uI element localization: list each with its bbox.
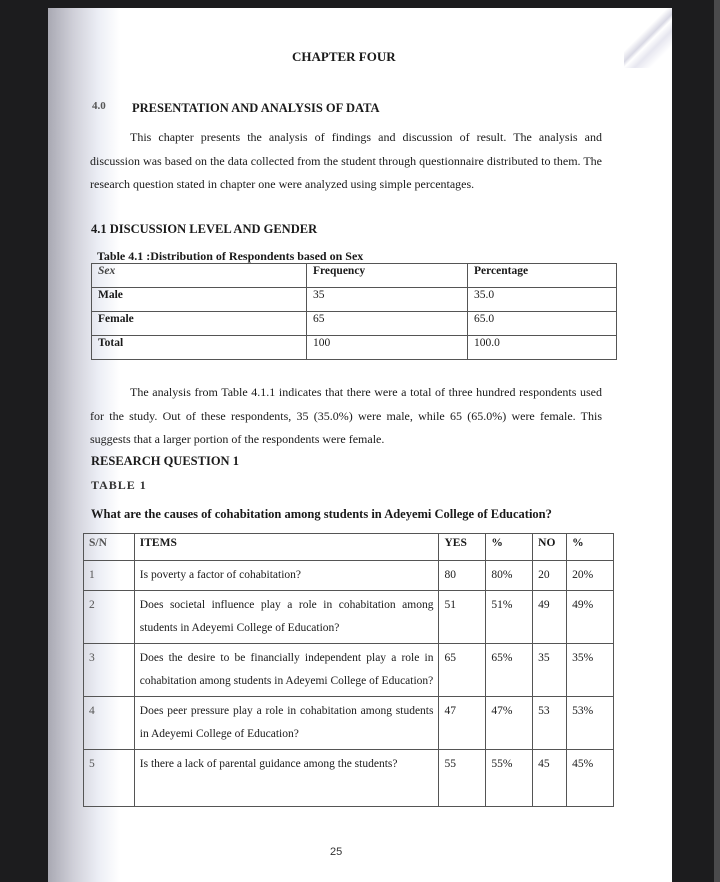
cell-frequency: 100 [307, 336, 468, 360]
cell-no-percent: 20% [567, 561, 614, 591]
header-yes: YES [439, 534, 486, 561]
cell-percentage: 65.0 [468, 312, 617, 336]
cell-item: Does the desire to be financially indepe… [134, 644, 439, 697]
cell-yes-percent: 47% [486, 697, 533, 750]
cell-yes: 47 [439, 697, 486, 750]
cell-no-percent: 35% [567, 644, 614, 697]
cell-sex: Female [92, 312, 307, 336]
section-number: 4.0 [92, 100, 106, 112]
cell-yes-percent: 55% [486, 750, 533, 807]
table-label: TABLE 1 [91, 478, 147, 493]
table-header-row: S/N ITEMS YES % NO % [84, 534, 614, 561]
header-percentage: Percentage [468, 264, 617, 288]
page-curl [624, 8, 672, 68]
cell-item: Is there a lack of parental guidance amo… [134, 750, 439, 807]
cell-sn: 5 [84, 750, 135, 807]
intro-paragraph: This chapter presents the analysis of fi… [90, 126, 602, 197]
header-items: ITEMS [134, 534, 439, 561]
table-row: Female 65 65.0 [92, 312, 617, 336]
table-row: 3 Does the desire to be financially inde… [84, 644, 614, 697]
sex-distribution-table: Sex Frequency Percentage Male 35 35.0 Fe… [91, 263, 617, 360]
cell-sex: Total [92, 336, 307, 360]
causes-table: S/N ITEMS YES % NO % 1 Is poverty a fact… [83, 533, 614, 807]
cell-sn: 2 [84, 591, 135, 644]
cell-yes: 80 [439, 561, 486, 591]
chapter-title: CHAPTER FOUR [292, 49, 396, 65]
document-page: CHAPTER FOUR 4.0 PRESENTATION AND ANALYS… [48, 8, 672, 882]
cell-frequency: 35 [307, 288, 468, 312]
cell-yes-percent: 65% [486, 644, 533, 697]
header-yes-percent: % [486, 534, 533, 561]
cell-item: Does peer pressure play a role in cohabi… [134, 697, 439, 750]
table1-caption: Table 4.1 :Distribution of Respondents b… [97, 249, 363, 264]
cell-yes: 51 [439, 591, 486, 644]
cell-yes-percent: 80% [486, 561, 533, 591]
cell-sn: 3 [84, 644, 135, 697]
analysis-paragraph: The analysis from Table 4.1.1 indicates … [90, 381, 602, 452]
header-no: NO [533, 534, 567, 561]
header-frequency: Frequency [307, 264, 468, 288]
table-row: 2 Does societal influence play a role in… [84, 591, 614, 644]
question-title: What are the causes of cohabitation amon… [91, 507, 552, 522]
cell-no: 49 [533, 591, 567, 644]
section-title: PRESENTATION AND ANALYSIS OF DATA [132, 101, 380, 116]
cell-item: Is poverty a factor of cohabitation? [134, 561, 439, 591]
header-sn: S/N [84, 534, 135, 561]
table-row: 4 Does peer pressure play a role in coha… [84, 697, 614, 750]
subsection-title: 4.1 DISCUSSION LEVEL AND GENDER [91, 222, 317, 237]
cell-no: 20 [533, 561, 567, 591]
cell-sn: 4 [84, 697, 135, 750]
cell-no: 45 [533, 750, 567, 807]
cell-no: 53 [533, 697, 567, 750]
table-row: 5 Is there a lack of parental guidance a… [84, 750, 614, 807]
cell-no-percent: 53% [567, 697, 614, 750]
cell-no-percent: 49% [567, 591, 614, 644]
table-header-row: Sex Frequency Percentage [92, 264, 617, 288]
header-no-percent: % [567, 534, 614, 561]
cell-item: Does societal influence play a role in c… [134, 591, 439, 644]
header-sex: Sex [92, 264, 307, 288]
cell-percentage: 100.0 [468, 336, 617, 360]
cell-percentage: 35.0 [468, 288, 617, 312]
table-row: Male 35 35.0 [92, 288, 617, 312]
research-question-heading: RESEARCH QUESTION 1 [91, 454, 239, 469]
cell-sn: 1 [84, 561, 135, 591]
cell-sex: Male [92, 288, 307, 312]
table-row: Total 100 100.0 [92, 336, 617, 360]
cell-yes: 65 [439, 644, 486, 697]
cell-frequency: 65 [307, 312, 468, 336]
cell-yes-percent: 51% [486, 591, 533, 644]
page-number: 25 [330, 846, 342, 858]
cell-no-percent: 45% [567, 750, 614, 807]
window-edge [714, 0, 720, 882]
cell-no: 35 [533, 644, 567, 697]
cell-yes: 55 [439, 750, 486, 807]
table-row: 1 Is poverty a factor of cohabitation? 8… [84, 561, 614, 591]
